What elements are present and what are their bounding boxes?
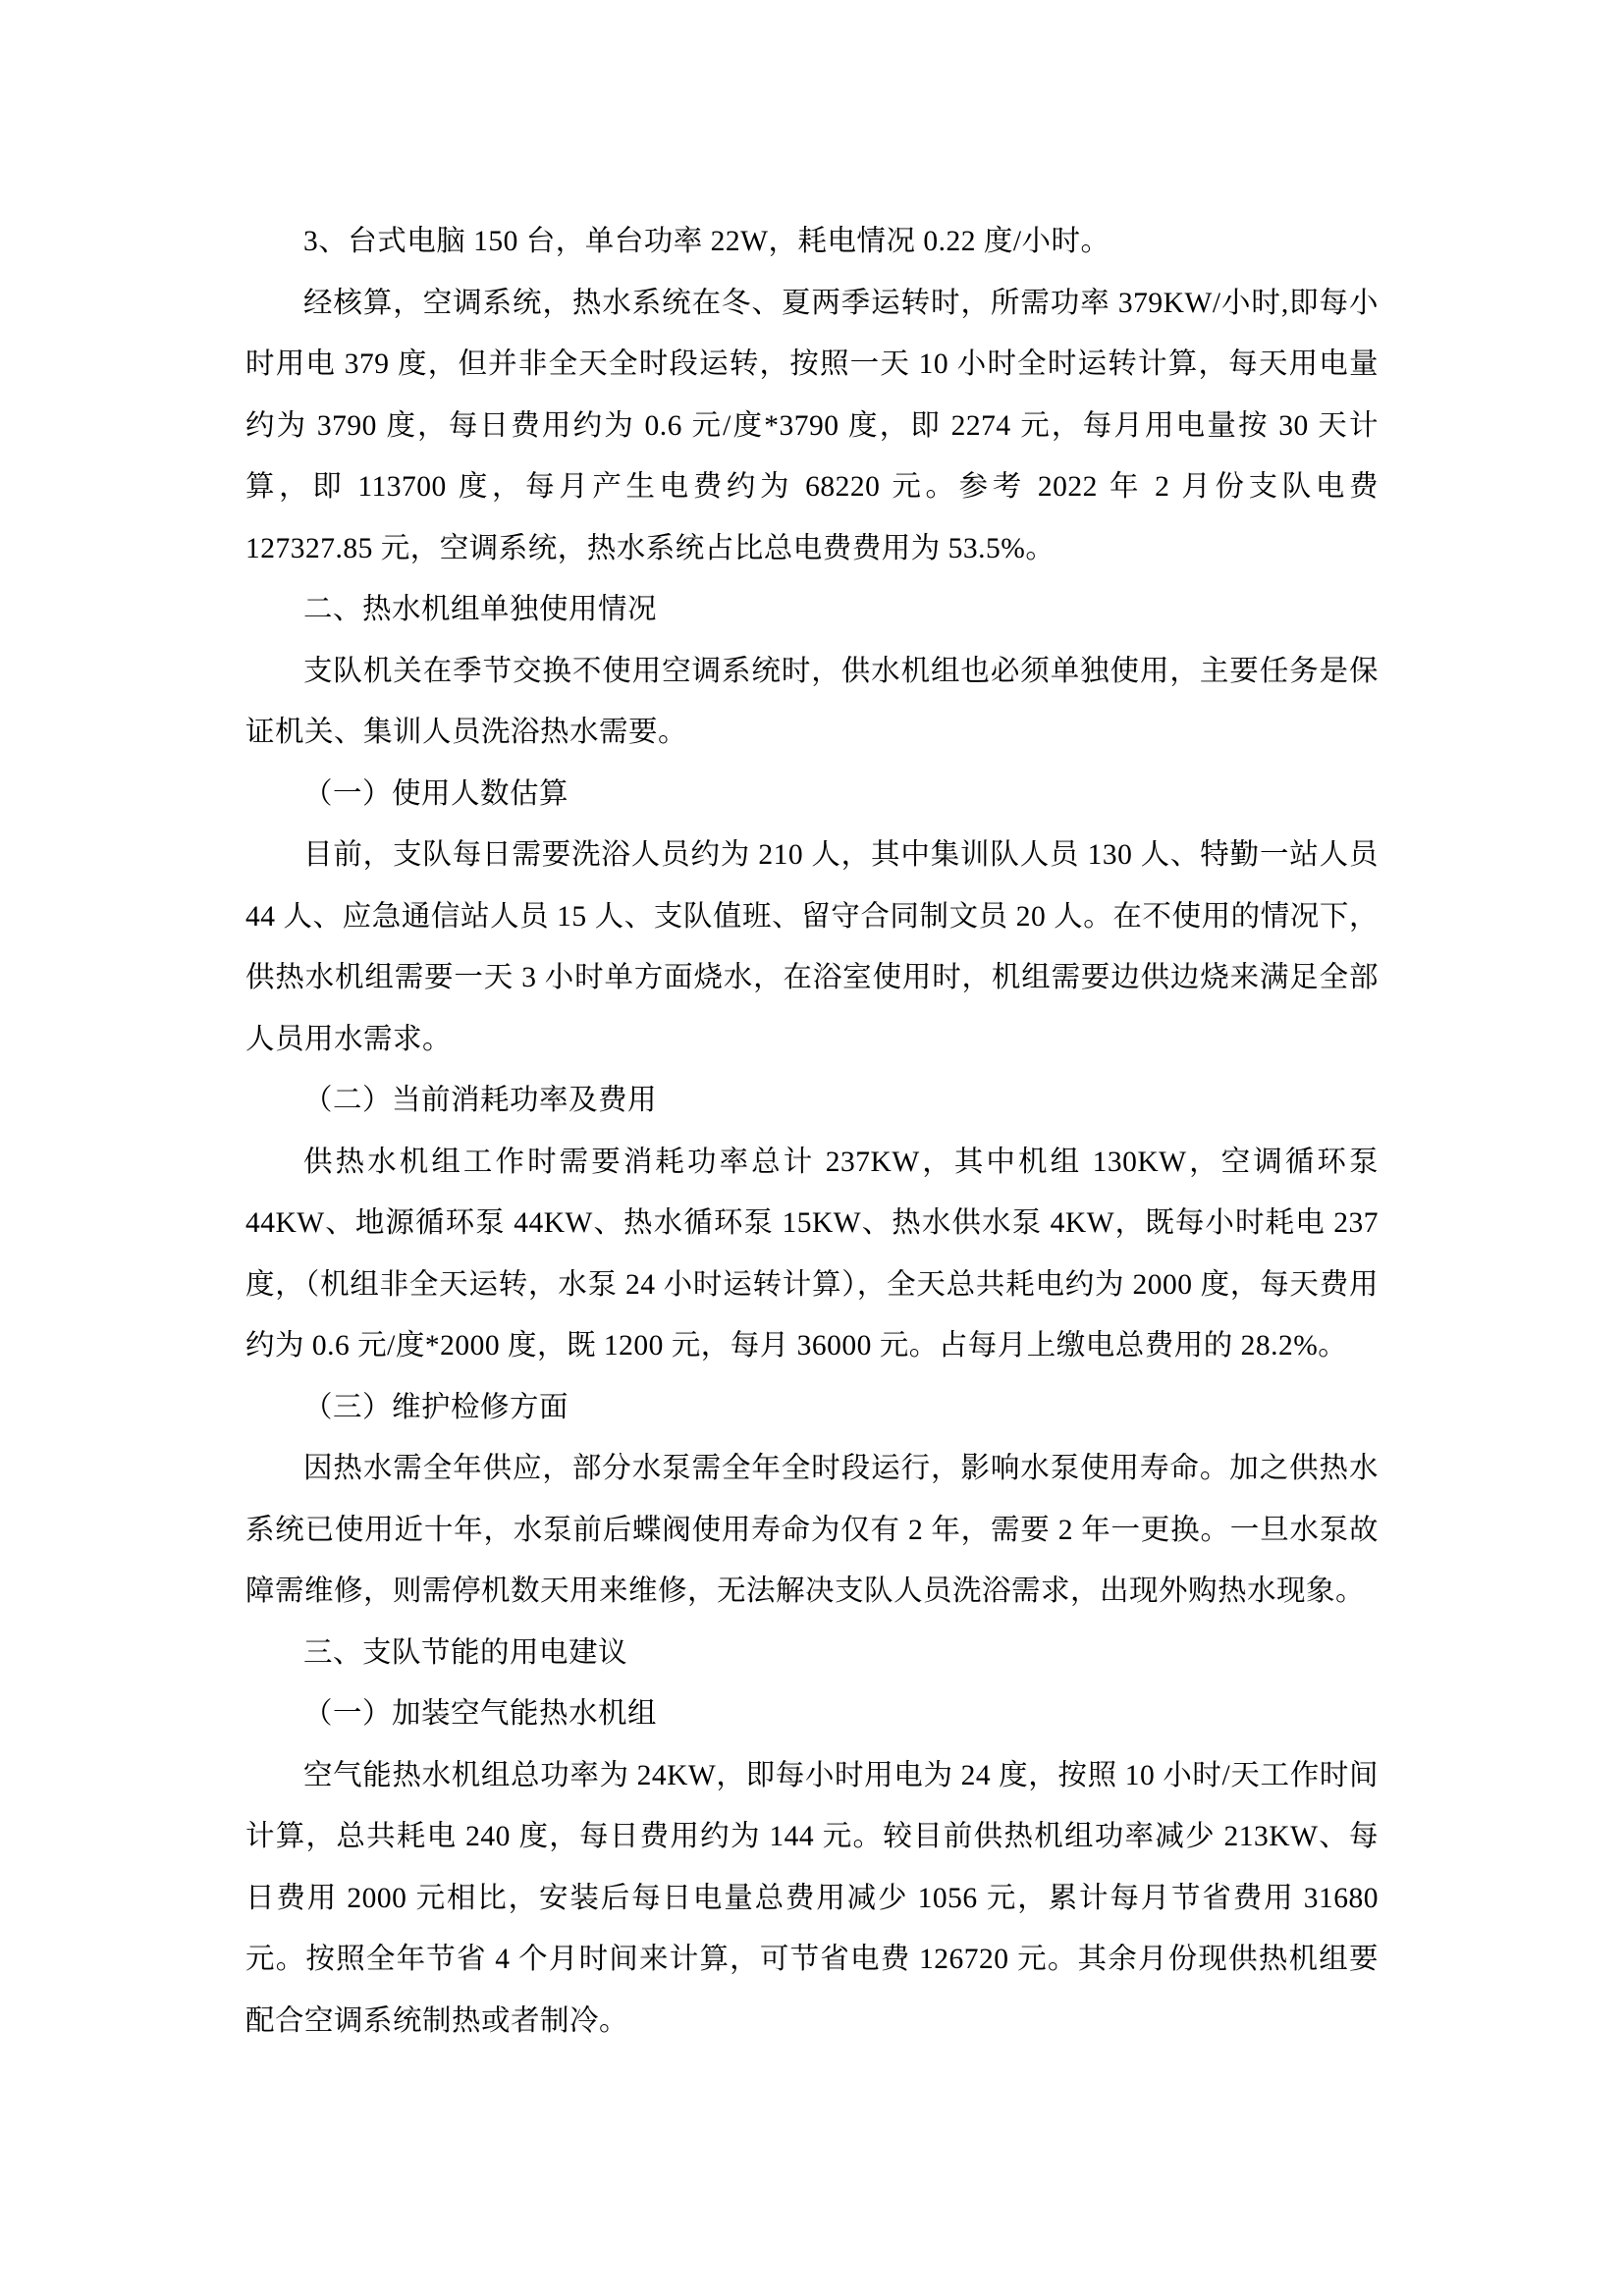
- paragraph-standalone-usage-overview: 支队机关在季节交换不使用空调系统时，供水机组也必须单独使用，主要任务是保证机关、…: [245, 641, 1379, 764]
- paragraph-user-estimate-detail: 目前，支队每日需要洗浴人员约为 210 人，其中集训队人员 130 人、特勤一站…: [245, 825, 1379, 1070]
- document-body: 3、台式电脑 150 台，单台功率 22W，耗电情况 0.22 度/小时。 经核…: [245, 211, 1379, 2052]
- heading-subsection-power-and-cost: （二）当前消耗功率及费用: [245, 1070, 1379, 1132]
- heading-subsection-air-source-heater: （一）加装空气能热水机组: [245, 1683, 1379, 1745]
- paragraph-ac-hotwater-cost-calculation: 经核算，空调系统，热水系统在冬、夏两季运转时，所需功率 379KW/小时,即每小…: [245, 273, 1379, 580]
- paragraph-desktop-computers: 3、台式电脑 150 台，单台功率 22W，耗电情况 0.22 度/小时。: [245, 211, 1379, 273]
- heading-section-three-energy-saving: 三、支队节能的用电建议: [245, 1623, 1379, 1684]
- paragraph-power-and-cost-detail: 供热水机组工作时需要消耗功率总计 237KW，其中机组 130KW，空调循环泵 …: [245, 1132, 1379, 1377]
- document-page: 3、台式电脑 150 台，单台功率 22W，耗电情况 0.22 度/小时。 经核…: [0, 0, 1624, 2296]
- paragraph-air-source-heater-detail: 空气能热水机组总功率为 24KW，即每小时用电为 24 度，按照 10 小时/天…: [245, 1745, 1379, 2053]
- heading-subsection-maintenance: （三）维护检修方面: [245, 1377, 1379, 1439]
- heading-section-two-standalone-hotwater: 二、热水机组单独使用情况: [245, 579, 1379, 641]
- heading-subsection-user-estimate: （一）使用人数估算: [245, 764, 1379, 826]
- paragraph-maintenance-detail: 因热水需全年供应，部分水泵需全年全时段运行，影响水泵使用寿命。加之供热水系统已使…: [245, 1438, 1379, 1623]
